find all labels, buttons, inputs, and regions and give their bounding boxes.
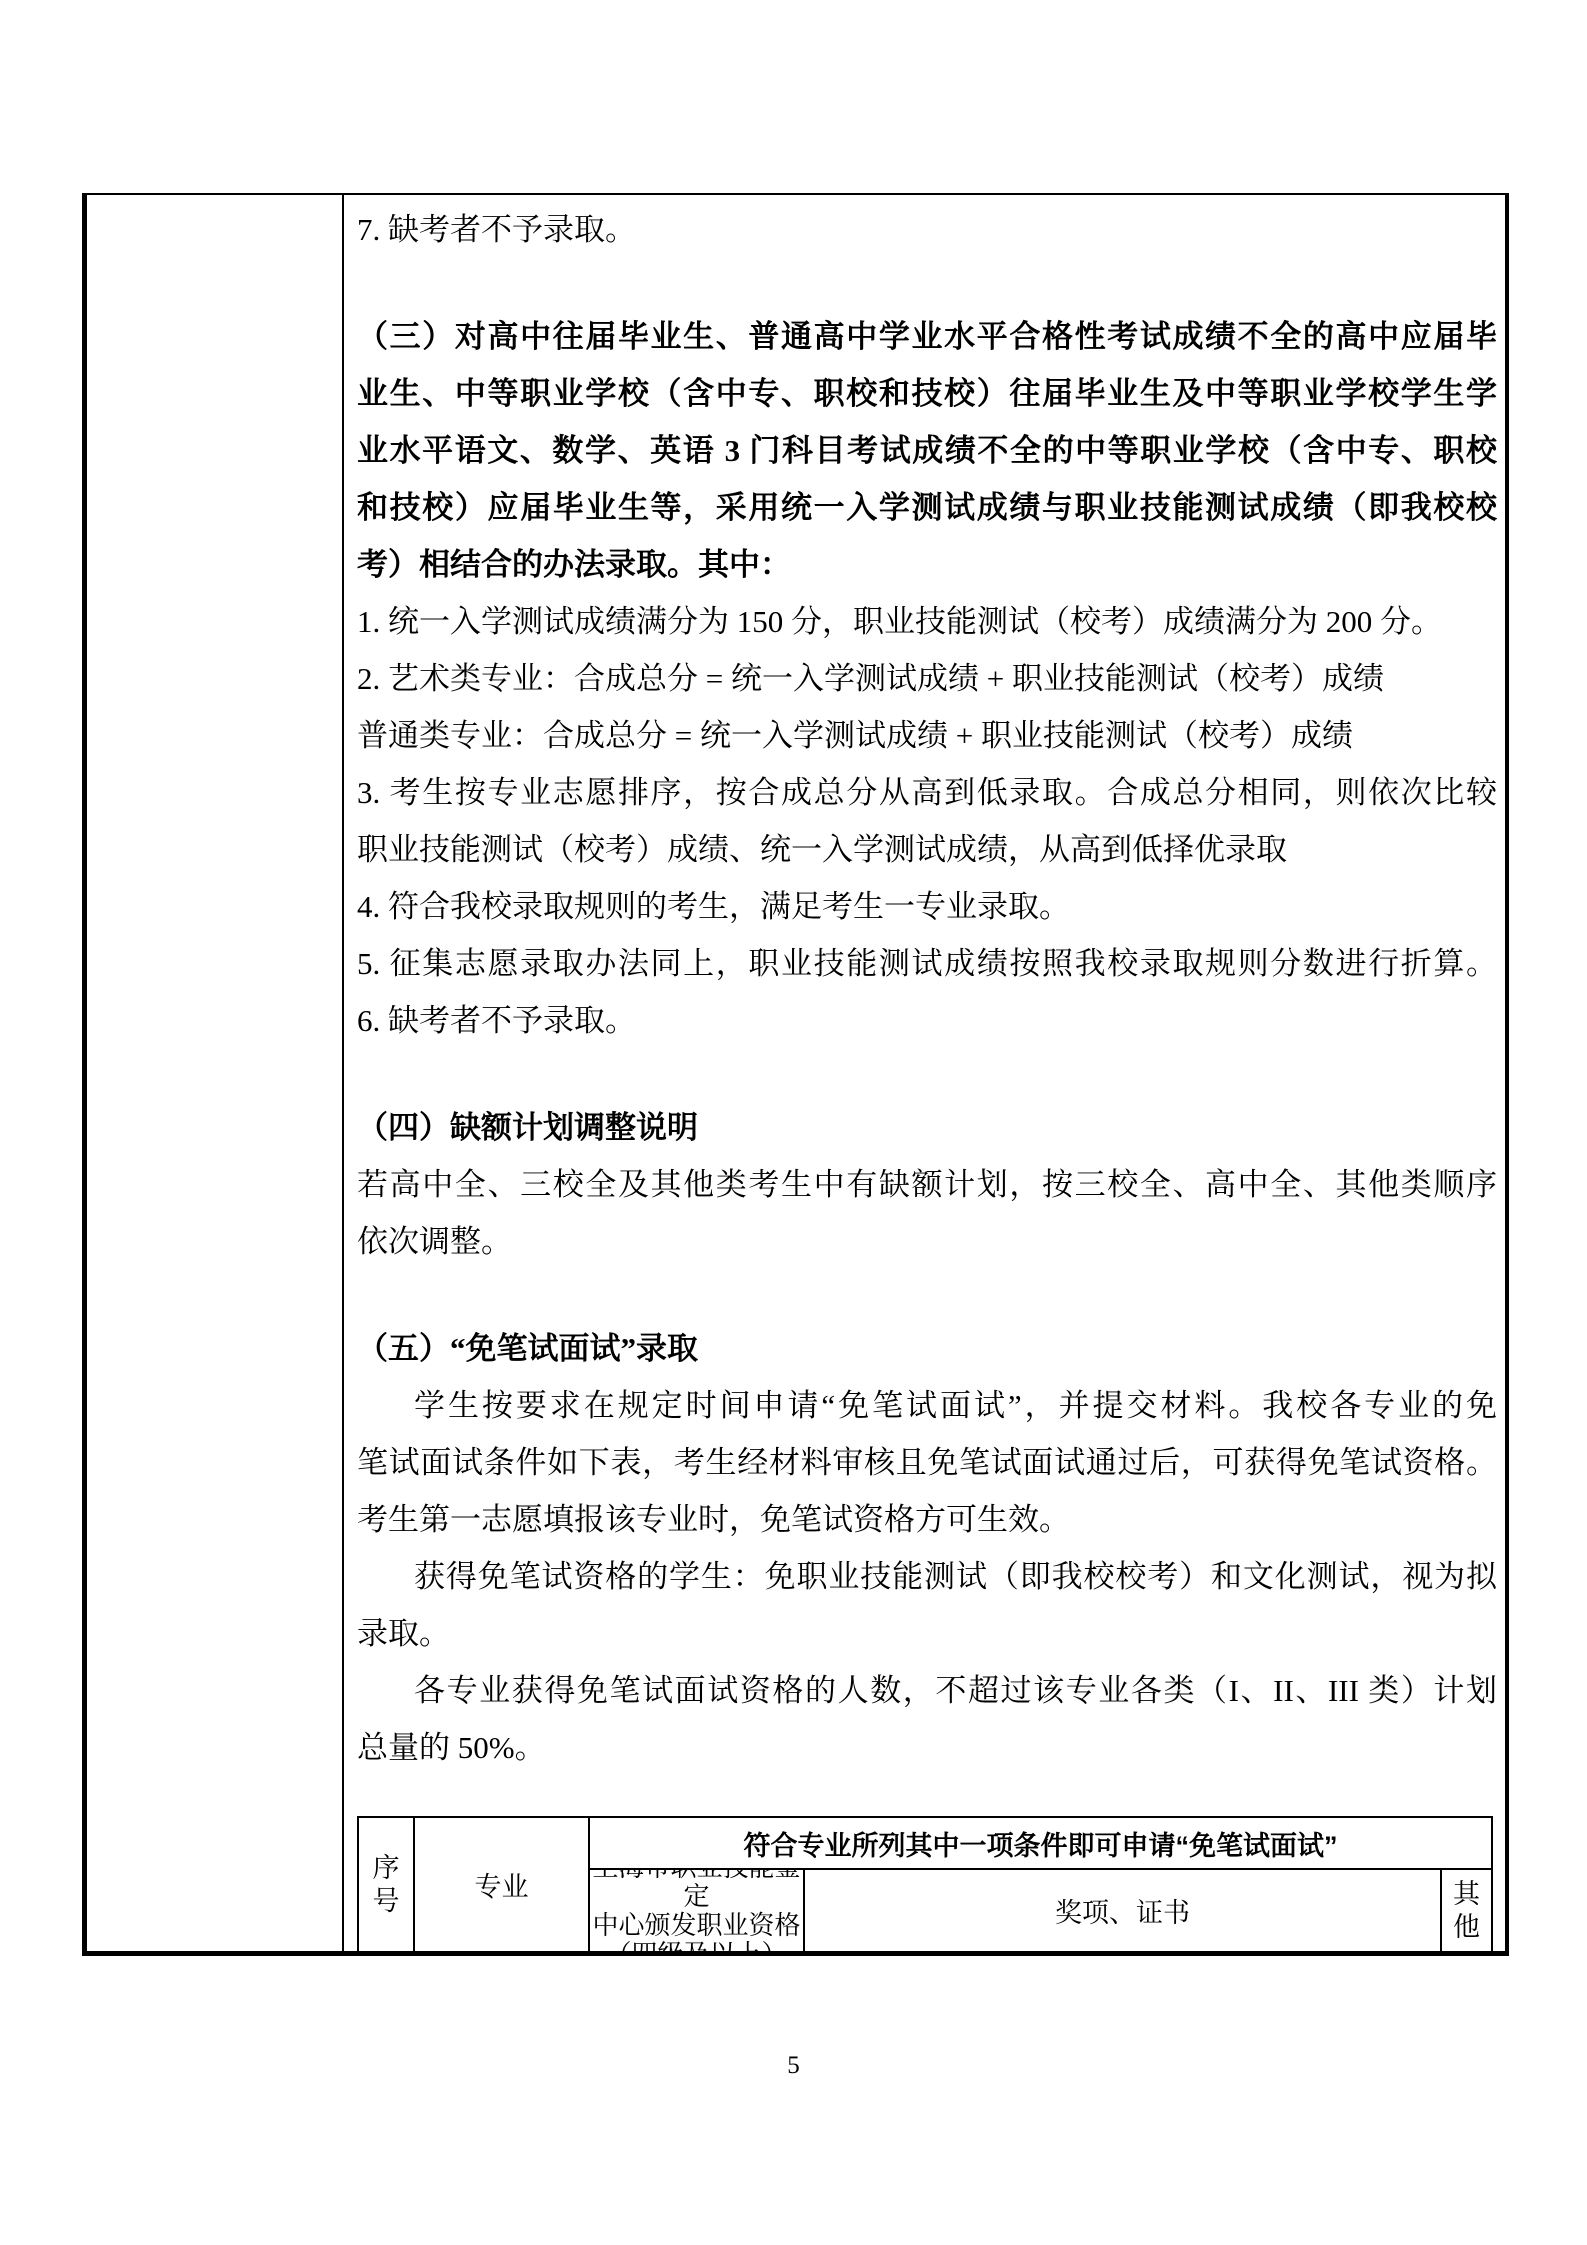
text-line: 5. 征集志愿录取办法同上，职业技能测试成绩按照我校录取规则分数进行折算。 bbox=[357, 935, 1497, 992]
text-line: 6. 缺考者不予录取。 bbox=[357, 992, 1497, 1049]
text-line: 3. 考生按专业志愿排序，按合成总分从高到低录取。合成总分相同，则依次比较 bbox=[357, 764, 1497, 821]
text-line: 普通类专业：合成总分 = 统一入学测试成绩 + 职业技能测试（校考）成绩 bbox=[357, 707, 1497, 764]
text-line: 7. 缺考者不予录取。 bbox=[357, 201, 1497, 258]
text-line: 业水平语文、数学、英语 3 门科目考试成绩不全的中等职业学校（含中专、职校 bbox=[357, 422, 1497, 479]
table-column-divider bbox=[342, 195, 344, 1951]
other-label: 其他 bbox=[1452, 1878, 1480, 1944]
text-line: 考）相结合的办法录取。其中： bbox=[357, 536, 1497, 593]
text-line: （三）对高中往届毕业生、普通高中学业水平合格性考试成绩不全的高中应届毕 bbox=[357, 308, 1497, 365]
text-line: （四）缺额计划调整说明 bbox=[357, 1099, 1497, 1156]
text-line: 录取。 bbox=[357, 1605, 1497, 1662]
header-cell-award: 奖项、证书 bbox=[803, 1870, 1440, 1951]
text-line: 和技校）应届毕业生等，采用统一入学测试成绩与职业技能测试成绩（即我校校 bbox=[357, 479, 1497, 536]
header-cell-certificate: 上海市职业技能鉴定中心颁发职业资格（四级及以上） bbox=[588, 1870, 803, 1951]
sequence-label: 序号 bbox=[372, 1852, 400, 1918]
exemption-conditions-table: 序号 专业 符合专业所列其中一项条件即可申请“免笔试面试” 上海市职业技能鉴定中… bbox=[357, 1816, 1493, 1951]
text-line: 获得免笔试资格的学生：免职业技能测试（即我校校考）和文化测试，视为拟 bbox=[357, 1548, 1497, 1605]
page-number: 5 bbox=[0, 2052, 1587, 2080]
text-line: 2. 艺术类专业：合成总分 = 统一入学测试成绩 + 职业技能测试（校考）成绩 bbox=[357, 650, 1497, 707]
text-line: 考生第一志愿填报该专业时，免笔试资格方可生效。 bbox=[357, 1491, 1497, 1548]
certificate-label-line: 中心颁发职业资格 bbox=[592, 1911, 800, 1940]
header-cell-sequence: 序号 bbox=[359, 1818, 413, 1951]
award-label: 奖项、证书 bbox=[1055, 1891, 1190, 1930]
text-line: 依次调整。 bbox=[357, 1213, 1497, 1270]
header-cell-merged-condition: 符合专业所列其中一项条件即可申请“免笔试面试” bbox=[588, 1818, 1491, 1870]
text-line: 学生按要求在规定时间申请“免笔试面试”，并提交材料。我校各专业的免 bbox=[357, 1377, 1497, 1434]
document-page: 7. 缺考者不予录取。（三）对高中往届毕业生、普通高中学业水平合格性考试成绩不全… bbox=[0, 0, 1587, 2245]
content-column: 7. 缺考者不予录取。（三）对高中往届毕业生、普通高中学业水平合格性考试成绩不全… bbox=[357, 195, 1497, 1776]
blank-line bbox=[357, 1049, 1497, 1099]
certificate-label-line: （四级及以上） bbox=[605, 1940, 787, 1952]
blank-line bbox=[357, 258, 1497, 308]
blank-line bbox=[357, 1270, 1497, 1320]
text-line: 业生、中等职业学校（含中专、职校和技校）往届毕业生及中等职业学校学生学 bbox=[357, 365, 1497, 422]
text-line: 总量的 50%。 bbox=[357, 1719, 1497, 1776]
text-line: 各专业获得免笔试面试资格的人数，不超过该专业各类（I、II、III 类）计划 bbox=[357, 1662, 1497, 1719]
text-line: 1. 统一入学测试成绩满分为 150 分，职业技能测试（校考）成绩满分为 200… bbox=[357, 593, 1497, 650]
text-line: 若高中全、三校全及其他类考生中有缺额计划，按三校全、高中全、其他类顺序 bbox=[357, 1156, 1497, 1213]
certificate-label-line: 上海市职业技能鉴定 bbox=[590, 1870, 803, 1911]
header-cell-major: 专业 bbox=[413, 1818, 588, 1951]
major-label: 专业 bbox=[475, 1865, 529, 1904]
header-cell-other: 其他 bbox=[1440, 1870, 1491, 1951]
text-line: 职业技能测试（校考）成绩、统一入学测试成绩，从高到低择优录取 bbox=[357, 821, 1497, 878]
text-line: 4. 符合我校录取规则的考生，满足考生一专业录取。 bbox=[357, 878, 1497, 935]
merged-condition-label: 符合专业所列其中一项条件即可申请“免笔试面试” bbox=[744, 1824, 1338, 1863]
text-line: 笔试面试条件如下表，考生经材料审核且免笔试面试通过后，可获得免笔试资格。 bbox=[357, 1434, 1497, 1491]
text-line: （五）“免笔试面试”录取 bbox=[357, 1320, 1497, 1377]
outer-table: 7. 缺考者不予录取。（三）对高中往届毕业生、普通高中学业水平合格性考试成绩不全… bbox=[82, 193, 1509, 1956]
